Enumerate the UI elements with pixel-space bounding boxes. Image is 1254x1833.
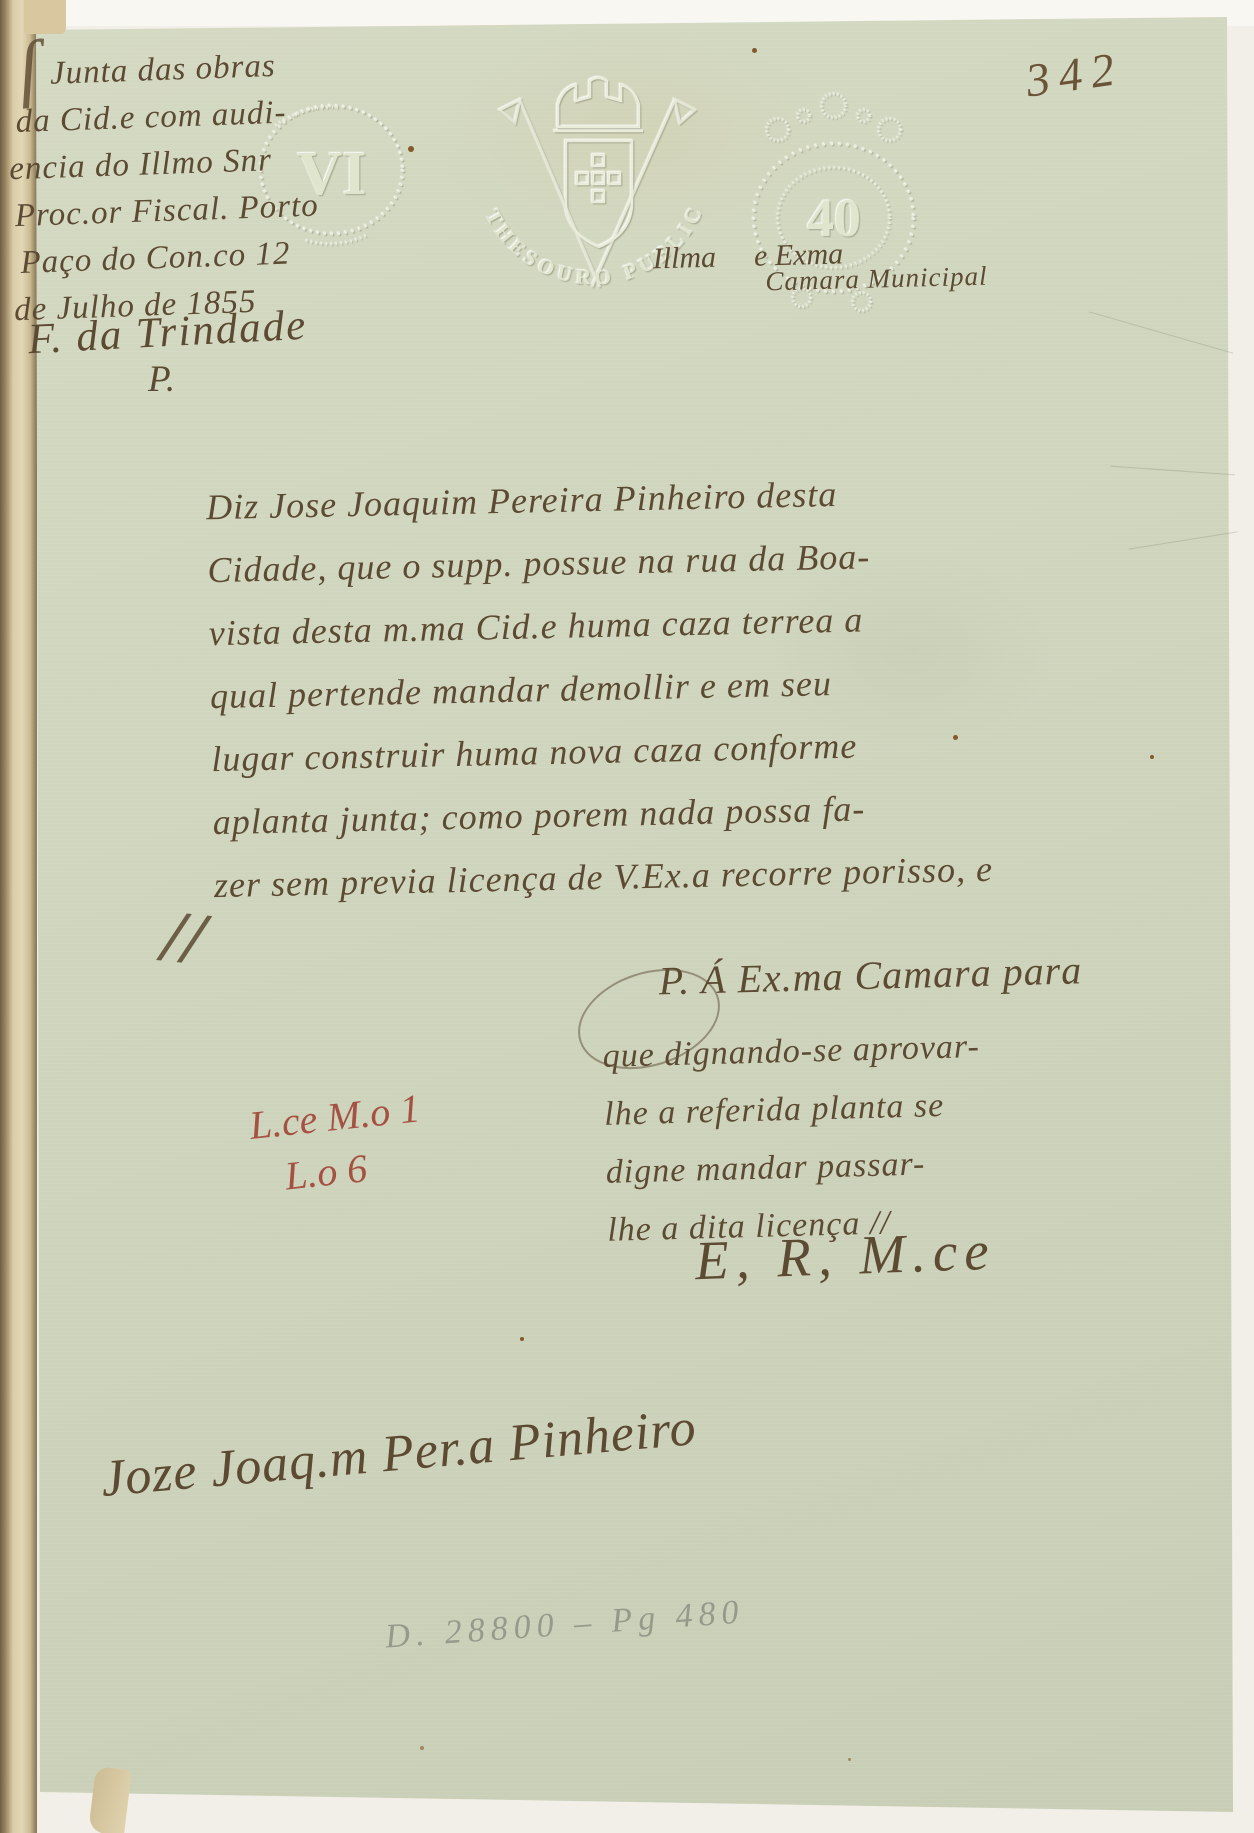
foxing-speck: [520, 1337, 524, 1341]
foxing-speck: [848, 1758, 851, 1761]
page-corner-curl: [88, 1766, 132, 1833]
addressee: Illma e Exma Camara Municipal: [652, 234, 988, 301]
request-block: P. Á Ex.ma Camara para que dignando-se a…: [566, 941, 1089, 1260]
foxing-speck: [1150, 755, 1154, 759]
addressee-salutation: Illma: [652, 241, 716, 277]
request-line: P. Á Ex.ma Camara para: [600, 941, 1083, 1012]
petition-body: Diz Jose Joaquim Pereira Pinheiro desta …: [205, 460, 993, 917]
margin-annotation: Junta das obras da Cid.e com audi- encia…: [5, 40, 375, 334]
foxing-speck: [752, 48, 757, 53]
foxing-speck: [408, 146, 414, 152]
addressee-name: Camara Municipal: [765, 261, 988, 298]
parish-initial: P.: [148, 358, 175, 401]
scanned-document: VI THESOURO PUBLICO: [0, 0, 1254, 1833]
foxing-speck: [953, 735, 958, 740]
foxing-speck: [420, 1746, 424, 1750]
registry-note-red: L.ce M.o 1 L.o 6: [247, 1081, 428, 1206]
closing-formula: E, R, M.ce: [694, 1219, 997, 1292]
